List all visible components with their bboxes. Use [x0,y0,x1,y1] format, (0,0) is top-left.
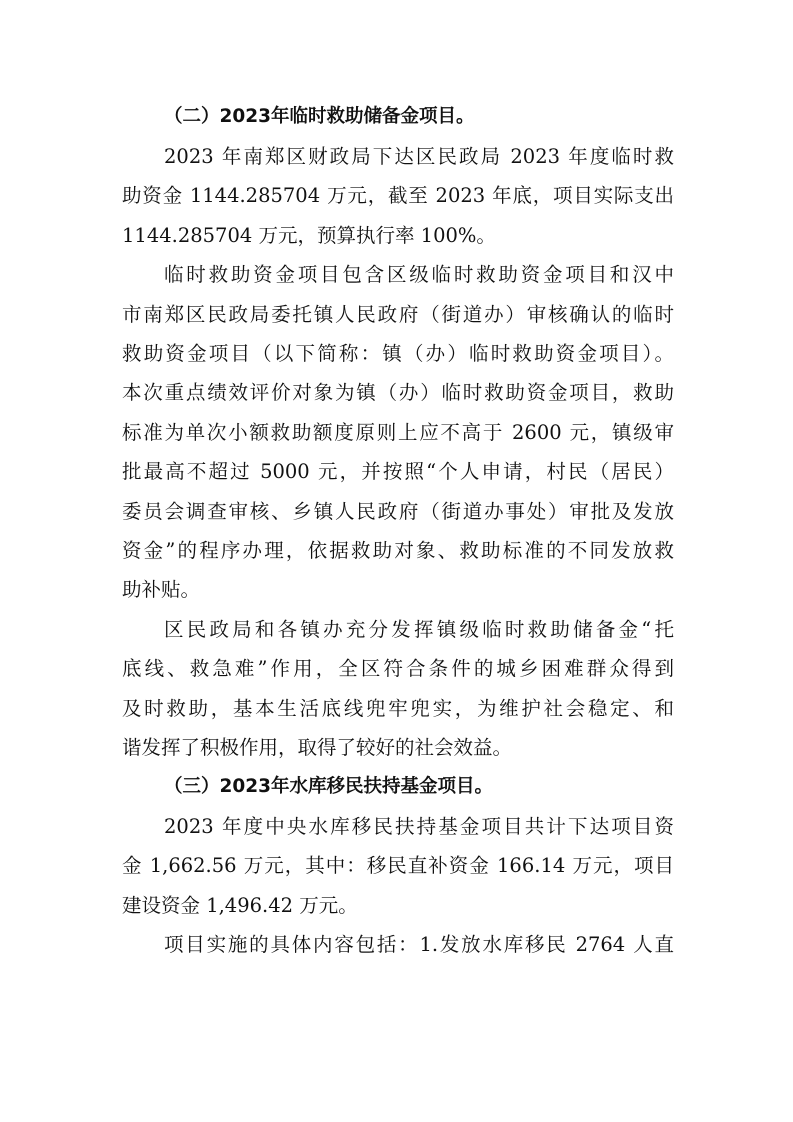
paragraph-line: 建设资金 1,496.42 万元。 [122,891,674,921]
paragraph-line: 1144.285704 万元，预算执行率 100%。 [122,221,674,251]
paragraph-line: 市南郑区民政局委托镇人民政府（街道办）审核确认的临时 [122,300,674,330]
paragraph-line: 2023 年度中央水库移民扶持基金项目共计下达项目资 [164,812,674,842]
paragraph-line: 项目实施的具体内容包括：1.发放水库移民 2764 人直 [164,930,674,960]
paragraph-line: 临时救助资金项目包含区级临时救助资金项目和汉中 [164,260,674,290]
paragraph-line: 区民政局和各镇办充分发挥镇级临时救助储备金“托 [164,615,674,645]
document-page: （二）2023年临时救助储备金项目。 2023 年南郑区财政局下达区民政局 20… [0,0,793,1122]
paragraph-line: 谐发挥了积极作用，取得了较好的社会效益。 [122,733,674,763]
paragraph-line: 及时救助，基本生活底线兜牢兜实，为维护社会稳定、和 [122,694,674,724]
paragraph-line: 资金”的程序办理，依据救助对象、救助标准的不同发放救 [122,536,674,566]
section-heading: （二）2023年临时救助储备金项目。 [164,102,475,132]
paragraph-line: 委员会调查审核、乡镇人民政府（街道办事处）审批及发放 [122,497,674,527]
paragraph-line: 底线、救急难”作用，全区符合条件的城乡困难群众得到 [122,654,674,684]
paragraph-line: 标准为单次小额救助额度原则上应不高于 2600 元，镇级审 [122,418,674,448]
paragraph-line: 本次重点绩效评价对象为镇（办）临时救助资金项目，救助 [122,378,674,408]
paragraph-line: 救助资金项目（以下简称：镇（办）临时救助资金项目）。 [122,339,674,369]
paragraph-line: 2023 年南郑区财政局下达区民政局 2023 年度临时救 [164,142,674,172]
section-heading: （三）2023年水库移民扶持基金项目。 [164,772,493,802]
paragraph-line: 助资金 1144.285704 万元，截至 2023 年底，项目实际支出 [122,181,674,211]
paragraph-line: 助补贴。 [122,575,674,605]
paragraph-line: 批最高不超过 5000 元，并按照“个人申请，村民（居民） [122,457,674,487]
paragraph-line: 金 1,662.56 万元，其中：移民直补资金 166.14 万元，项目 [122,851,674,881]
